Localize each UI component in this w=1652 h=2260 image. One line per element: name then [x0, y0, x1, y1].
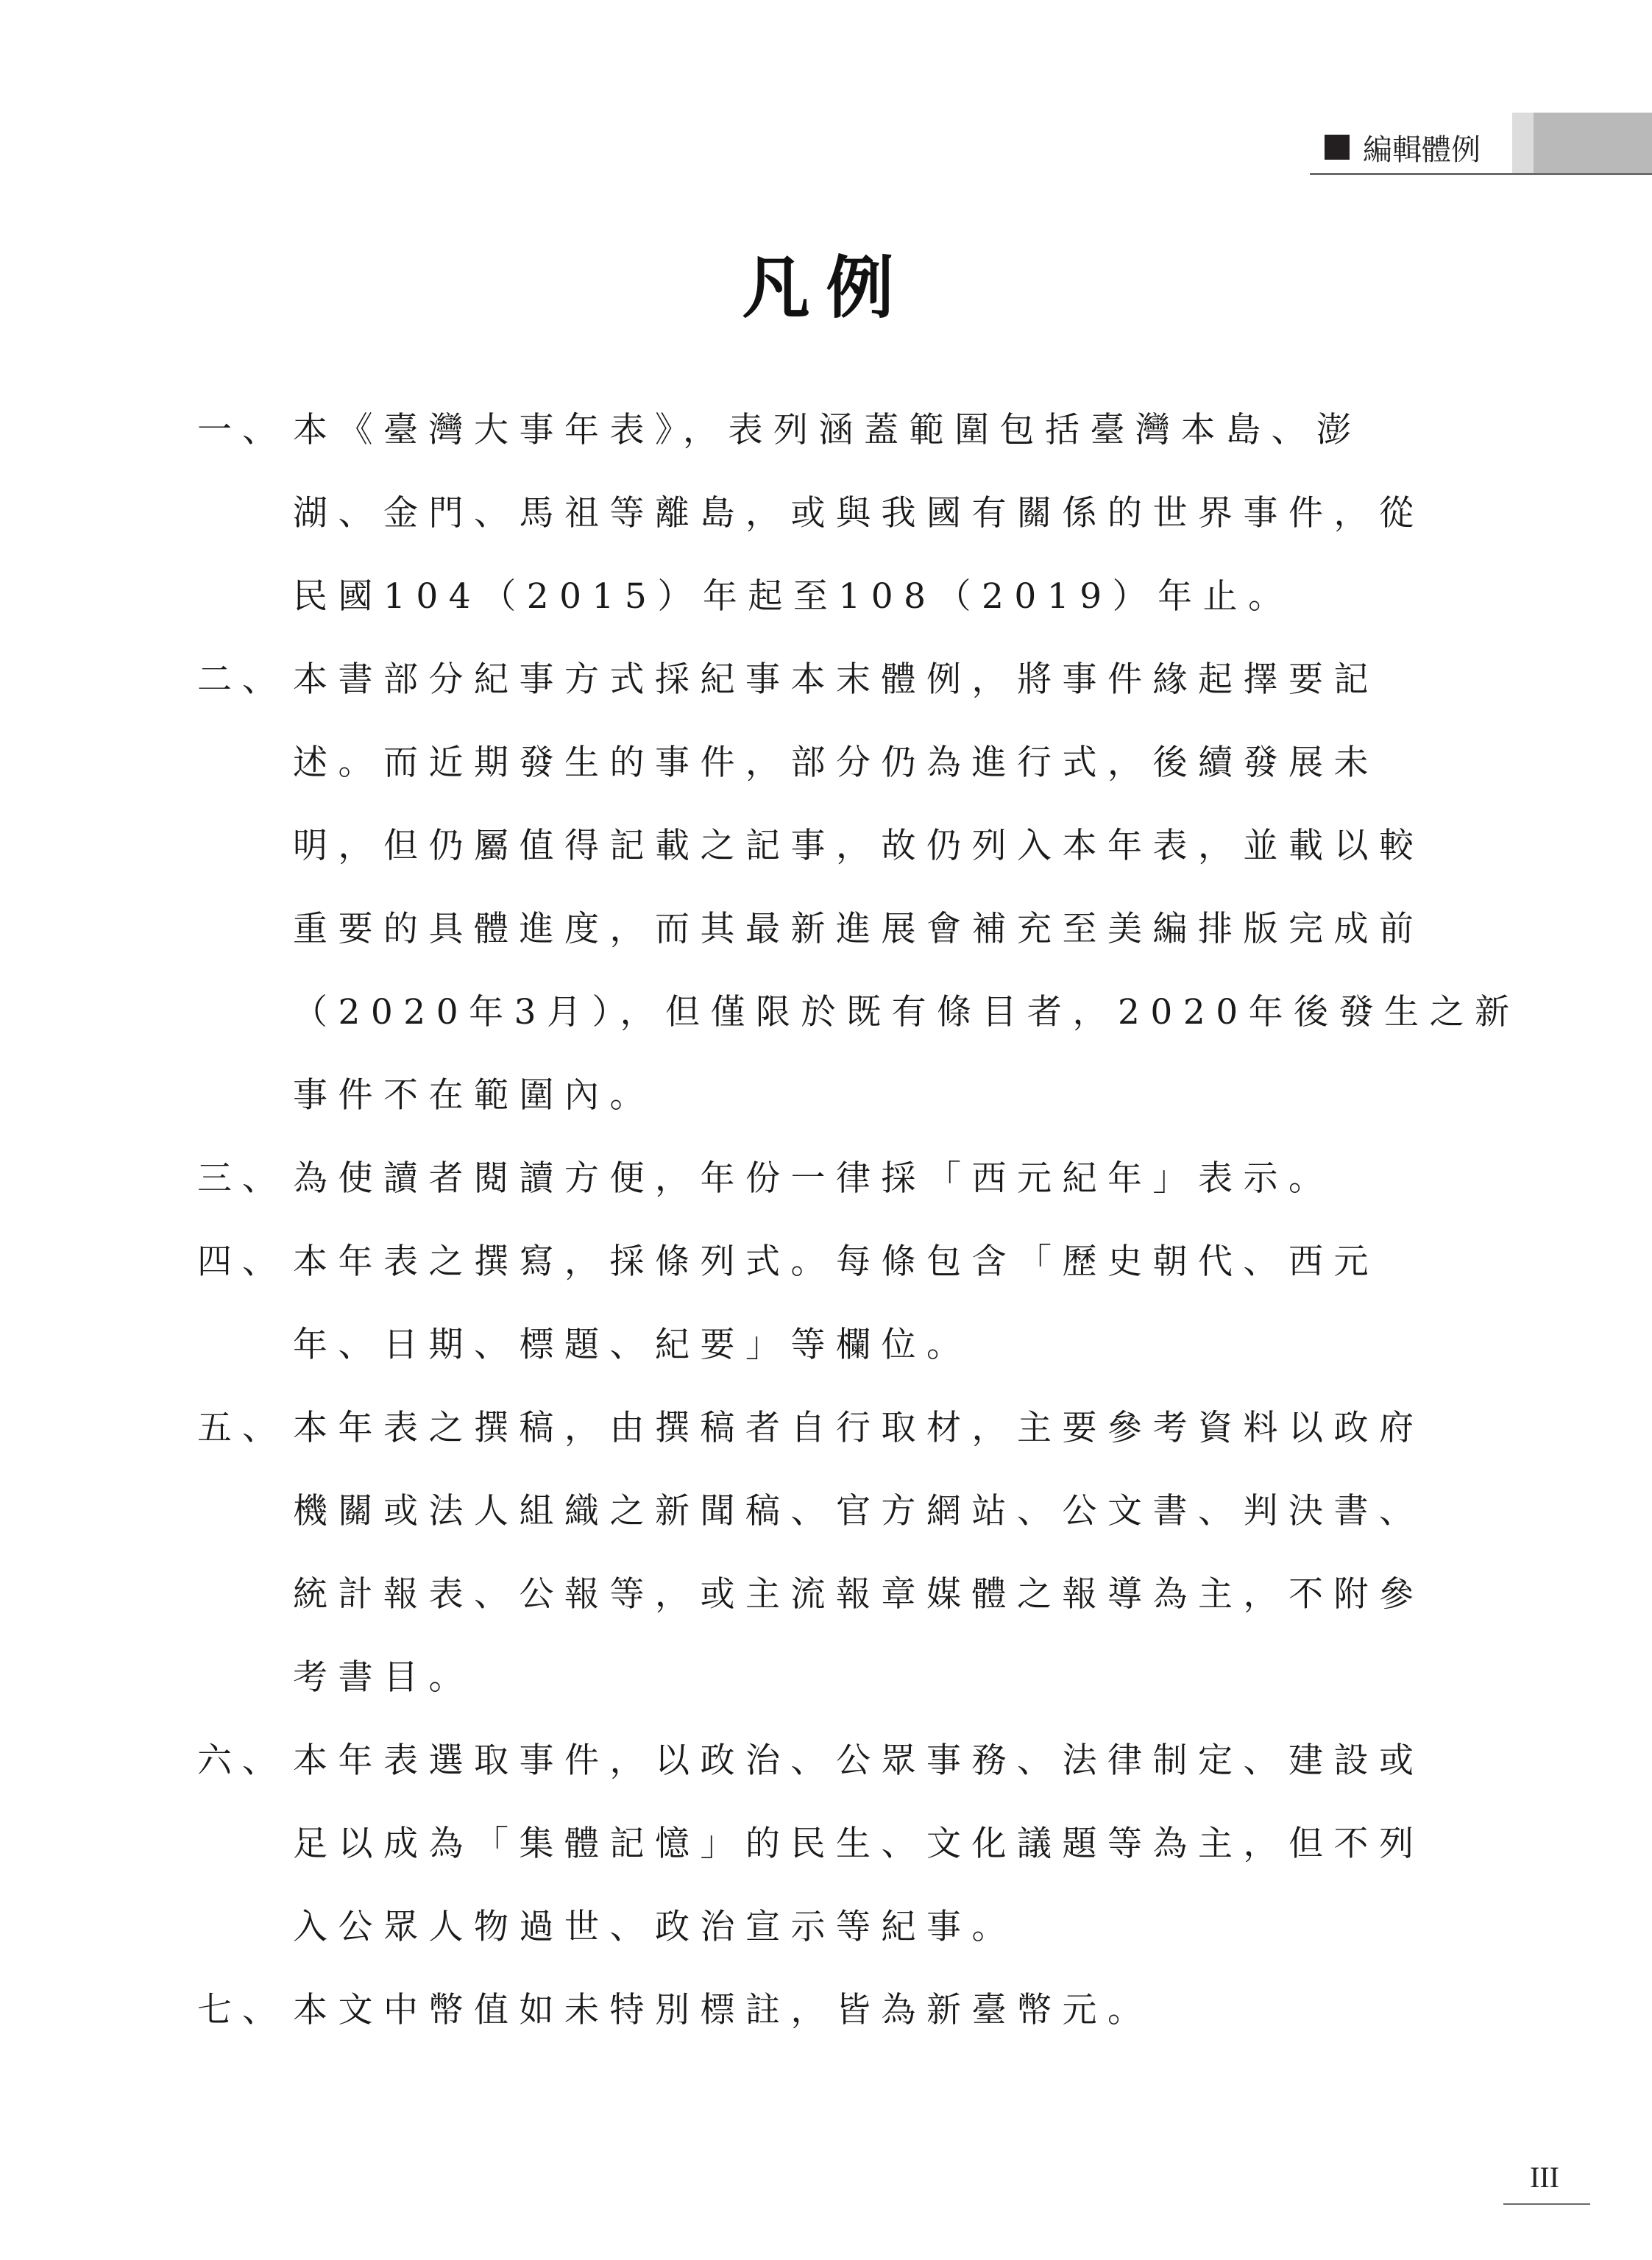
header-tab-dark	[1534, 113, 1652, 173]
item-line: 民國104（2015）年起至108（2019）年止。	[197, 567, 1463, 651]
list-item-6: 六、本年表選取事件，以政治、公眾事務、法律制定、建設或 足以成為「集體記憶」的民…	[197, 1732, 1463, 1981]
list-item-3: 三、為使讀者閱讀方便，年份一律採「西元紀年」表示。	[197, 1150, 1463, 1233]
header-section-label: 編輯體例	[1325, 125, 1481, 169]
list-item-2: 二、本書部分紀事方式採紀事本末體例，將事件緣起擇要記 述。而近期發生的事件，部分…	[197, 651, 1463, 1150]
item-line: 湖、金門、馬祖等離島，或與我國有關係的世界事件，從	[197, 484, 1463, 567]
item-number: 七、	[197, 1981, 293, 2040]
list-item-5: 五、本年表之撰稿，由撰稿者自行取材，主要參考資料以政府 機關或法人組織之新聞稿、…	[197, 1399, 1463, 1732]
page-number: III	[1501, 2160, 1588, 2195]
item-line: 本年表之撰稿，由撰稿者自行取材，主要參考資料以政府	[293, 1408, 1425, 1448]
item-number: 四、	[197, 1233, 293, 1292]
item-number: 三、	[197, 1150, 293, 1208]
list-item-1: 一、本《臺灣大事年表》，表列涵蓋範圍包括臺灣本島、澎 湖、金門、馬祖等離島，或與…	[197, 401, 1463, 651]
item-line: （2020年3月），但僅限於既有條目者，2020年後發生之新	[197, 983, 1463, 1066]
body-text: 一、本《臺灣大事年表》，表列涵蓋範圍包括臺灣本島、澎 湖、金門、馬祖等離島，或與…	[197, 401, 1463, 2064]
black-square-icon	[1325, 135, 1350, 160]
item-line: 入公眾人物過世、政治宣示等紀事。	[197, 1898, 1463, 1981]
list-item-4: 四、本年表之撰寫，採條列式。每條包含「歷史朝代、西元 年、日期、標題、紀要」等欄…	[197, 1233, 1463, 1399]
item-line: 事件不在範圍內。	[197, 1066, 1463, 1150]
item-line: 明，但仍屬值得記載之記事，故仍列入本年表，並載以較	[197, 817, 1463, 900]
item-line: 統計報表、公報等，或主流報章媒體之報導為主，不附參	[197, 1565, 1463, 1648]
item-line: 足以成為「集體記憶」的民生、文化議題等為主，但不列	[197, 1815, 1463, 1898]
item-line: 述。而近期發生的事件，部分仍為進行式，後續發展未	[197, 734, 1463, 817]
item-number: 五、	[197, 1399, 293, 1458]
item-line: 本《臺灣大事年表》，表列涵蓋範圍包括臺灣本島、澎	[293, 410, 1362, 450]
list-item-7: 七、本文中幣值如未特別標註，皆為新臺幣元。	[197, 1981, 1463, 2064]
item-line: 本年表選取事件，以政治、公眾事務、法律制定、建設或	[293, 1740, 1425, 1781]
item-number: 二、	[197, 651, 293, 709]
item-line: 重要的具體進度，而其最新進展會補充至美編排版完成前	[197, 900, 1463, 983]
page-title: 凡例	[0, 234, 1652, 331]
item-number: 一、	[197, 401, 293, 460]
item-number: 六、	[197, 1732, 293, 1790]
header-tab-light	[1512, 113, 1534, 173]
item-line: 本文中幣值如未特別標註，皆為新臺幣元。	[293, 1990, 1153, 2030]
item-line: 考書目。	[197, 1648, 1463, 1732]
item-line: 為使讀者閱讀方便，年份一律採「西元紀年」表示。	[293, 1158, 1334, 1199]
page-number-rule	[1503, 2203, 1590, 2205]
item-line: 年、日期、標題、紀要」等欄位。	[197, 1316, 1463, 1399]
section-label-text: 編輯體例	[1363, 127, 1481, 169]
item-line: 本年表之撰寫，採條列式。每條包含「歷史朝代、西元	[293, 1241, 1379, 1282]
item-line: 本書部分紀事方式採紀事本末體例，將事件緣起擇要記	[293, 659, 1379, 700]
item-line: 機關或法人組織之新聞稿、官方網站、公文書、判決書、	[197, 1482, 1463, 1565]
header-rule	[1310, 173, 1652, 175]
